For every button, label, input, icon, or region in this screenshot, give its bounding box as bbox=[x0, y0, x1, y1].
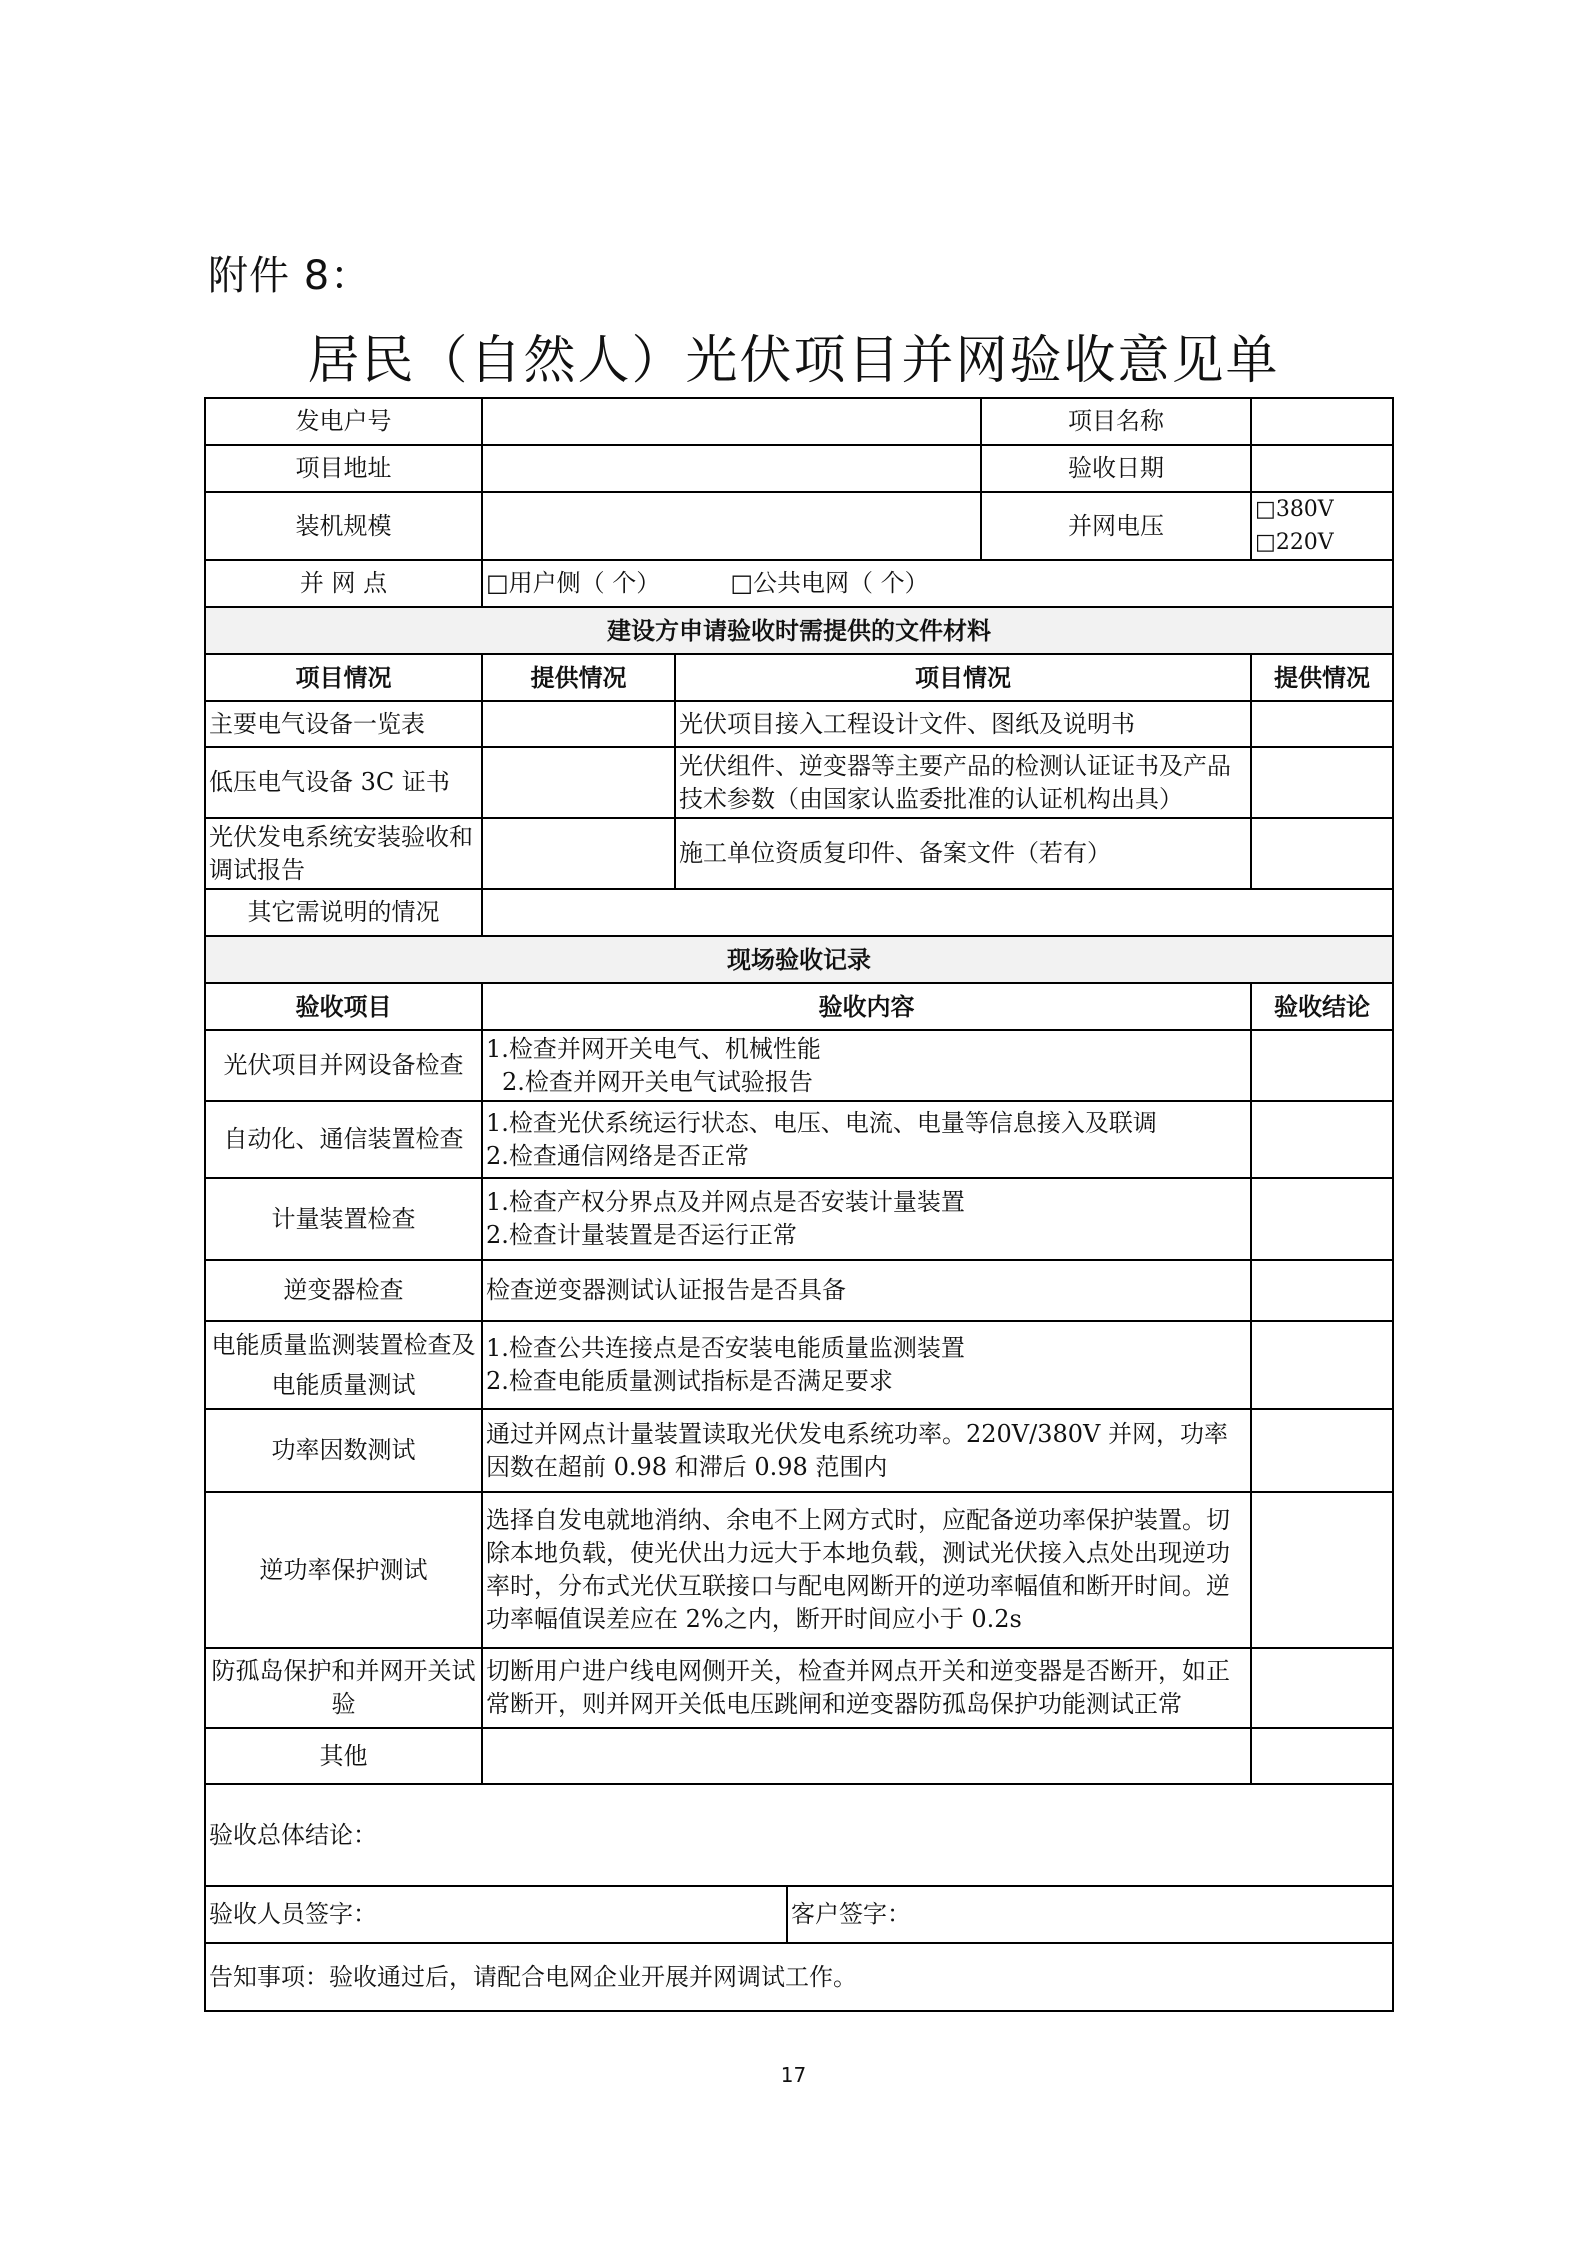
document-status-field[interactable] bbox=[482, 818, 675, 889]
document-row: 低压电气设备 3C 证书 光伏组件、逆变器等主要产品的检测认证证书及产品技术参数… bbox=[205, 747, 1393, 818]
grid-voltage-options: □380V□220V bbox=[1251, 492, 1393, 560]
inspection-header-item: 验收项目 bbox=[205, 983, 482, 1030]
document-row: 主要电气设备一览表 光伏项目接入工程设计文件、图纸及说明书 bbox=[205, 701, 1393, 747]
overall-conclusion-field[interactable]: 验收总体结论： bbox=[205, 1784, 1393, 1886]
inspection-result-field[interactable] bbox=[1251, 1728, 1393, 1784]
inspection-row: 自动化、通信装置检查 1.检查光伏系统运行状态、电压、电流、电量等信息接入及联调… bbox=[205, 1101, 1393, 1178]
account-number-field[interactable] bbox=[482, 398, 981, 445]
inspection-row: 计量装置检查 1.检查产权分界点及并网点是否安装计量装置 2.检查计量装置是否运… bbox=[205, 1178, 1393, 1260]
inspection-content: 1.检查产权分界点及并网点是否安装计量装置 2.检查计量装置是否运行正常 bbox=[482, 1178, 1251, 1260]
document-status-field[interactable] bbox=[1251, 747, 1393, 818]
grid-point-options: □用户侧（ 个）□公共电网（ 个） bbox=[482, 560, 1393, 607]
other-notes-field[interactable] bbox=[482, 889, 1393, 936]
inspection-content: 通过并网点计量装置读取光伏发电系统功率。220V/380V 并网，功率因数在超前… bbox=[482, 1409, 1251, 1492]
acceptance-date-label: 验收日期 bbox=[981, 445, 1251, 492]
signature-row: 验收人员签字： 客户签字： bbox=[205, 1886, 1393, 1943]
grid-point-label: 并 网 点 bbox=[205, 560, 482, 607]
inspection-content-line: 2.检查电能质量测试指标是否满足要求 bbox=[486, 1365, 1247, 1398]
doc-header-status-1: 提供情况 bbox=[482, 654, 675, 701]
document-status-field[interactable] bbox=[1251, 701, 1393, 747]
inspection-result-field[interactable] bbox=[1251, 1030, 1393, 1101]
inspection-row: 功率因数测试 通过并网点计量装置读取光伏发电系统功率。220V/380V 并网，… bbox=[205, 1409, 1393, 1492]
documents-column-headers: 项目情况 提供情况 项目情况 提供情况 bbox=[205, 654, 1393, 701]
inspection-result-field[interactable] bbox=[1251, 1648, 1393, 1728]
other-notes-row: 其它需说明的情况 bbox=[205, 889, 1393, 936]
inspection-content: 选择自发电就地消纳、余电不上网方式时，应配备逆功率保护装置。切除本地负载，使光伏… bbox=[482, 1492, 1251, 1648]
doc-header-status-2: 提供情况 bbox=[1251, 654, 1393, 701]
info-row-grid-point: 并 网 点 □用户侧（ 个）□公共电网（ 个） bbox=[205, 560, 1393, 607]
document-status-field[interactable] bbox=[482, 701, 675, 747]
project-address-label: 项目地址 bbox=[205, 445, 482, 492]
inspection-row: 光伏项目并网设备检查 1.检查并网开关电气、机械性能 2.检查并网开关电气试验报… bbox=[205, 1030, 1393, 1101]
user-side-checkbox[interactable]: □用户侧（ 个） bbox=[486, 569, 660, 597]
acceptance-form-table: 发电户号 项目名称 项目地址 验收日期 装机规模 并网电压 □380V□220V… bbox=[204, 397, 1394, 2012]
inspection-content-line: 1.检查光伏系统运行状态、电压、电流、电量等信息接入及联调 bbox=[486, 1107, 1247, 1140]
acceptance-date-field[interactable] bbox=[1251, 445, 1393, 492]
document-item: 施工单位资质复印件、备案文件（若有） bbox=[675, 818, 1251, 889]
inspection-content-line: 2.检查并网开关电气试验报告 bbox=[486, 1066, 813, 1099]
inspection-row: 其他 bbox=[205, 1728, 1393, 1784]
document-item: 光伏项目接入工程设计文件、图纸及说明书 bbox=[675, 701, 1251, 747]
inspection-content-field[interactable] bbox=[482, 1728, 1251, 1784]
inspection-item: 功率因数测试 bbox=[205, 1409, 482, 1492]
overall-conclusion-row: 验收总体结论： bbox=[205, 1784, 1393, 1886]
inspection-result-field[interactable] bbox=[1251, 1492, 1393, 1648]
page-number: 17 bbox=[0, 2063, 1587, 2087]
installed-capacity-label: 装机规模 bbox=[205, 492, 482, 560]
inspection-item: 光伏项目并网设备检查 bbox=[205, 1030, 482, 1101]
inspection-item: 其他 bbox=[205, 1728, 482, 1784]
grid-voltage-label: 并网电压 bbox=[981, 492, 1251, 560]
documents-section-header: 建设方申请验收时需提供的文件材料 bbox=[205, 607, 1393, 654]
inspector-signature-field[interactable]: 验收人员签字： bbox=[205, 1886, 787, 1943]
inspection-row: 防孤岛保护和并网开关试验 切断用户进户线电网侧开关，检查并网点开关和逆变器是否断… bbox=[205, 1648, 1393, 1728]
project-name-field[interactable] bbox=[1251, 398, 1393, 445]
project-name-label: 项目名称 bbox=[981, 398, 1251, 445]
document-item: 光伏组件、逆变器等主要产品的检测认证证书及产品技术参数（由国家认监委批准的认证机… bbox=[675, 747, 1251, 818]
document-item: 主要电气设备一览表 bbox=[205, 701, 482, 747]
inspection-result-field[interactable] bbox=[1251, 1178, 1393, 1260]
inspection-row: 电能质量监测装置检查及电能质量测试 1.检查公共连接点是否安装电能质量监测装置 … bbox=[205, 1321, 1393, 1409]
inspection-header-content: 验收内容 bbox=[482, 983, 1251, 1030]
notice-text: 告知事项：验收通过后，请配合电网企业开展并网调试工作。 bbox=[205, 1943, 1393, 2011]
documents-section-title: 建设方申请验收时需提供的文件材料 bbox=[205, 607, 1393, 654]
inspection-header-result: 验收结论 bbox=[1251, 983, 1393, 1030]
public-grid-checkbox[interactable]: □公共电网（ 个） bbox=[730, 569, 928, 597]
doc-header-item-1: 项目情况 bbox=[205, 654, 482, 701]
inspection-content: 1.检查光伏系统运行状态、电压、电流、电量等信息接入及联调 2.检查通信网络是否… bbox=[482, 1101, 1251, 1178]
info-row-account: 发电户号 项目名称 bbox=[205, 398, 1393, 445]
project-address-field[interactable] bbox=[482, 445, 981, 492]
inspection-content: 1.检查并网开关电气、机械性能 2.检查并网开关电气试验报告 bbox=[482, 1030, 1251, 1101]
inspection-content-line: 2.检查计量装置是否运行正常 bbox=[486, 1219, 1247, 1252]
inspection-item: 自动化、通信装置检查 bbox=[205, 1101, 482, 1178]
installed-capacity-field[interactable] bbox=[482, 492, 981, 560]
inspection-content-line: 1.检查产权分界点及并网点是否安装计量装置 bbox=[486, 1186, 1247, 1219]
info-row-capacity: 装机规模 并网电压 □380V□220V bbox=[205, 492, 1393, 560]
voltage-380v-checkbox[interactable]: □380V bbox=[1255, 497, 1334, 522]
inspection-content: 切断用户进户线电网侧开关，检查并网点开关和逆变器是否断开，如正常断开，则并网开关… bbox=[482, 1648, 1251, 1728]
inspection-content: 1.检查公共连接点是否安装电能质量监测装置 2.检查电能质量测试指标是否满足要求 bbox=[482, 1321, 1251, 1409]
notice-row: 告知事项：验收通过后，请配合电网企业开展并网调试工作。 bbox=[205, 1943, 1393, 2011]
document-item: 光伏发电系统安装验收和调试报告 bbox=[205, 818, 482, 889]
inspection-content-line: 1.检查公共连接点是否安装电能质量监测装置 bbox=[486, 1332, 1247, 1365]
document-row: 光伏发电系统安装验收和调试报告 施工单位资质复印件、备案文件（若有） bbox=[205, 818, 1393, 889]
inspection-item: 计量装置检查 bbox=[205, 1178, 482, 1260]
inspection-item: 防孤岛保护和并网开关试验 bbox=[205, 1648, 482, 1728]
attachment-label: 附件 8： bbox=[208, 244, 371, 301]
inspection-section-header: 现场验收记录 bbox=[205, 936, 1393, 983]
inspection-result-field[interactable] bbox=[1251, 1101, 1393, 1178]
account-number-label: 发电户号 bbox=[205, 398, 482, 445]
voltage-220v-checkbox[interactable]: □220V bbox=[1255, 530, 1334, 555]
document-status-field[interactable] bbox=[482, 747, 675, 818]
inspection-row: 逆变器检查 检查逆变器测试认证报告是否具备 bbox=[205, 1260, 1393, 1321]
customer-signature-field[interactable]: 客户签字： bbox=[787, 1886, 1393, 1943]
inspection-item: 逆变器检查 bbox=[205, 1260, 482, 1321]
inspection-item: 逆功率保护测试 bbox=[205, 1492, 482, 1648]
inspection-content: 检查逆变器测试认证报告是否具备 bbox=[482, 1260, 1251, 1321]
info-row-address: 项目地址 验收日期 bbox=[205, 445, 1393, 492]
inspection-content-line: 2.检查通信网络是否正常 bbox=[486, 1140, 1247, 1173]
document-status-field[interactable] bbox=[1251, 818, 1393, 889]
inspection-item: 电能质量监测装置检查及电能质量测试 bbox=[205, 1321, 482, 1409]
inspection-section-title: 现场验收记录 bbox=[205, 936, 1393, 983]
inspection-result-field[interactable] bbox=[1251, 1409, 1393, 1492]
inspection-row: 逆功率保护测试 选择自发电就地消纳、余电不上网方式时，应配备逆功率保护装置。切除… bbox=[205, 1492, 1393, 1648]
other-notes-label: 其它需说明的情况 bbox=[205, 889, 482, 936]
doc-header-item-2: 项目情况 bbox=[675, 654, 1251, 701]
inspection-result-field[interactable] bbox=[1251, 1260, 1393, 1321]
page-title: 居民（自然人）光伏项目并网验收意见单 bbox=[0, 318, 1587, 393]
inspection-result-field[interactable] bbox=[1251, 1321, 1393, 1409]
inspection-column-headers: 验收项目 验收内容 验收结论 bbox=[205, 983, 1393, 1030]
inspection-content-line: 1.检查并网开关电气、机械性能 bbox=[486, 1033, 1247, 1066]
document-item: 低压电气设备 3C 证书 bbox=[205, 747, 482, 818]
